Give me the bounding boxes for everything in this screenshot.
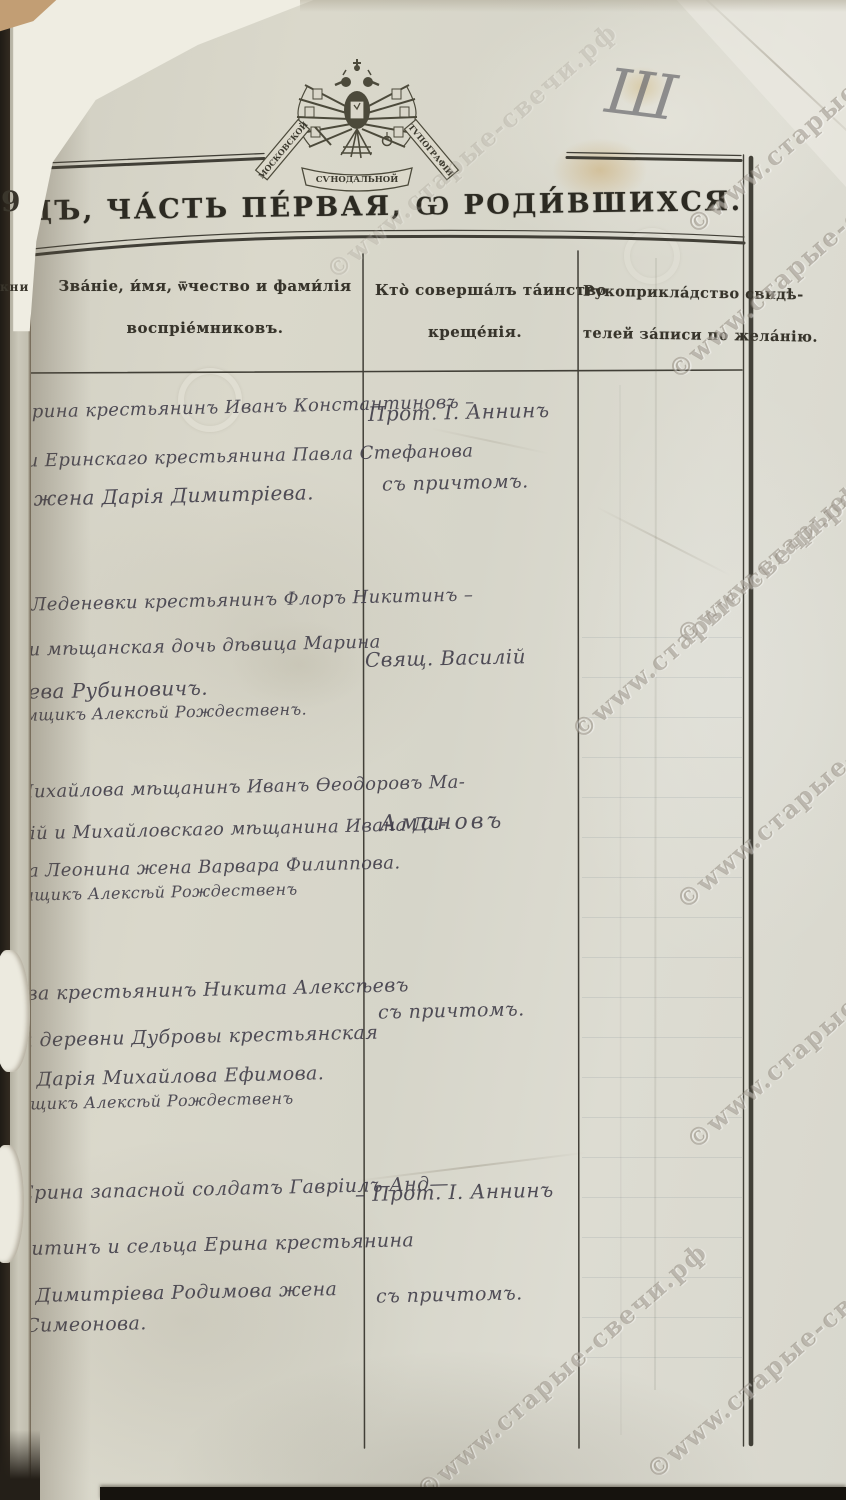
entry-officiant-line: Свящ. Василій <box>365 644 526 672</box>
entry-officiant-line: съ причтомъ. <box>378 998 525 1023</box>
book-gutter <box>0 0 10 1500</box>
entry-officiant-line: – Прот. І. Аннинъ <box>355 1178 554 1207</box>
edge-text-fragment: кни <box>0 280 29 294</box>
column-header-godparents: Зва́ніе, и́мя, ѿчество и фами́лія <box>50 277 360 296</box>
scan-bottom-edge <box>100 1487 846 1500</box>
entry-officiant-line: съ причтомъ. <box>376 1282 523 1307</box>
page-top-edge <box>300 0 846 12</box>
entry-officiant-line: съ причтомъ. <box>382 470 529 495</box>
column-header-officiant: креще́нія. <box>375 323 575 341</box>
gutter-shadow <box>31 0 91 1500</box>
entry-officiant-line: Амановъ <box>380 809 505 837</box>
folio-number: Ш <box>602 54 681 135</box>
ribbon-left-label: МОСКОВСКОЙ <box>256 119 310 180</box>
column-header-officiant: Кто̀ соверша́лъ та́инство <box>375 281 575 299</box>
column-header-signatures: Рукоприкла́дство свидѣ- <box>583 283 741 303</box>
bottom-left-shadow <box>0 1430 40 1500</box>
metric-book-scan-page: СѴНОДАЛЬНОЙ МОСКОВСКОЙ ТѴПОГРАФІИ ДЪ, ЧА… <box>0 0 846 1500</box>
entry-officiant-line: Прот. І. Аннинъ <box>368 398 550 426</box>
edge-text-fragment: 9 <box>1 185 20 218</box>
column-header-godparents: воспріе́мниковъ. <box>50 319 360 337</box>
